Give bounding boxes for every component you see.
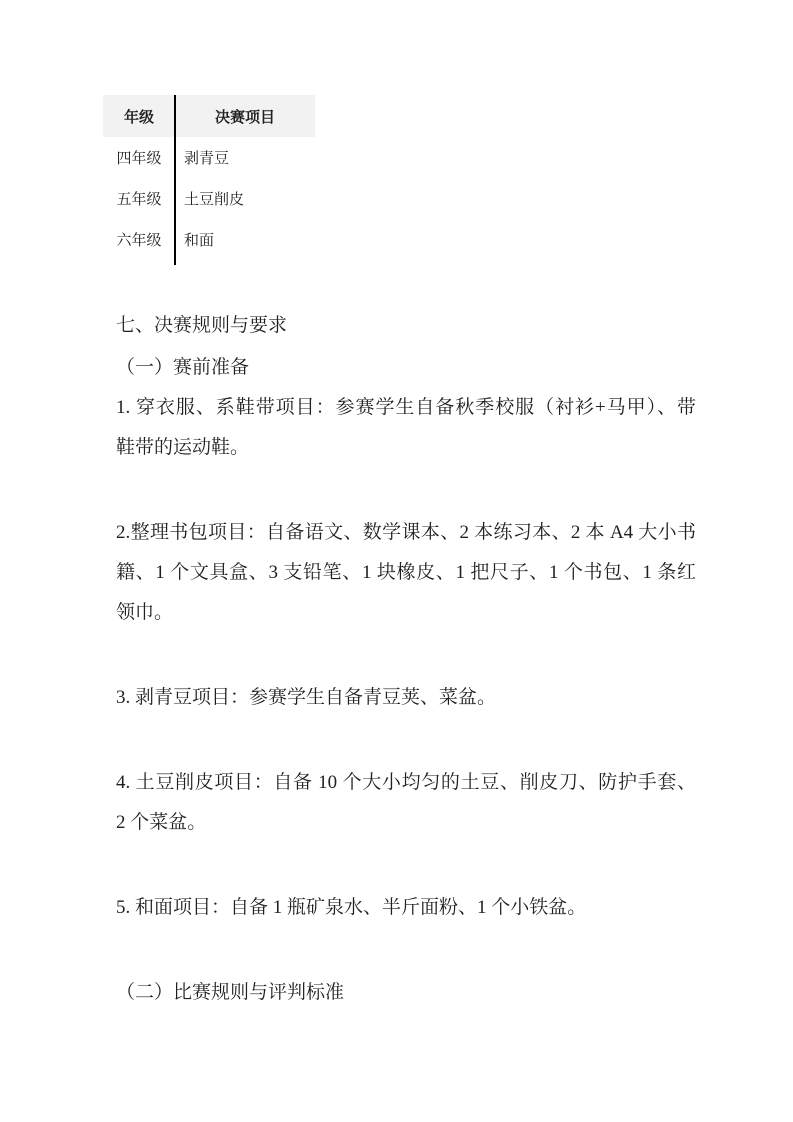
text-line: 5. 和面项目：自备 1 瓶矿泉水、半斤面粉、1 个小铁盆。 xyxy=(116,888,696,928)
table-row: 六年级和面 xyxy=(103,219,315,260)
text-line: 4. 土豆削皮项目：自备 10 个大小均匀的土豆、削皮刀、防护手套、 xyxy=(116,763,696,803)
section-heading: 七、决赛规则与要求 xyxy=(116,306,696,346)
numbered-paragraph: 1. 穿衣服、系鞋带项目：参赛学生自备秋季校服（衬衫+马甲）、带鞋带的运动鞋。 xyxy=(116,388,696,468)
document-page: 年级 决赛项目 四年级剥青豆五年级土豆削皮六年级和面 七、决赛规则与要求 （一）… xyxy=(0,0,793,1122)
text-line: 领巾。 xyxy=(116,593,696,633)
text-line: 3. 剥青豆项目：参赛学生自备青豆荚、菜盆。 xyxy=(116,678,696,718)
table-row: 四年级剥青豆 xyxy=(103,137,315,178)
grade-cell: 五年级 xyxy=(103,178,175,219)
numbered-paragraph: 4. 土豆削皮项目：自备 10 个大小均匀的土豆、削皮刀、防护手套、2 个菜盆。 xyxy=(116,763,696,843)
subsection-1-heading: （一）赛前准备 xyxy=(116,348,696,388)
text-line: 1. 穿衣服、系鞋带项目：参赛学生自备秋季校服（衬衫+马甲）、带 xyxy=(116,388,696,428)
text-line: 2.整理书包项目：自备语文、数学课本、2 本练习本、2 本 A4 大小书 xyxy=(116,513,696,553)
subsection-2-heading: （二）比赛规则与评判标准 xyxy=(116,973,696,1013)
text-line: 籍、1 个文具盒、3 支铅笔、1 块橡皮、1 把尺子、1 个书包、1 条红 xyxy=(116,553,696,593)
table-row: 五年级土豆削皮 xyxy=(103,178,315,219)
preparation-list: 1. 穿衣服、系鞋带项目：参赛学生自备秋季校服（衬衫+马甲）、带鞋带的运动鞋。2… xyxy=(116,388,696,928)
table-header-event: 决赛项目 xyxy=(175,95,315,137)
numbered-paragraph: 3. 剥青豆项目：参赛学生自备青豆荚、菜盆。 xyxy=(116,678,696,718)
event-cell: 土豆削皮 xyxy=(175,178,315,219)
grade-cell: 四年级 xyxy=(103,137,175,178)
numbered-paragraph: 2.整理书包项目：自备语文、数学课本、2 本练习本、2 本 A4 大小书籍、1 … xyxy=(116,513,696,633)
text-line: 鞋带的运动鞋。 xyxy=(116,428,696,468)
text-line: 2 个菜盆。 xyxy=(116,803,696,843)
event-cell: 和面 xyxy=(175,219,315,260)
table-header-row: 年级 决赛项目 xyxy=(103,95,315,137)
table-body: 四年级剥青豆五年级土豆削皮六年级和面 xyxy=(103,137,315,260)
numbered-paragraph: 5. 和面项目：自备 1 瓶矿泉水、半斤面粉、1 个小铁盆。 xyxy=(116,888,696,928)
document-body: 七、决赛规则与要求 （一）赛前准备 1. 穿衣服、系鞋带项目：参赛学生自备秋季校… xyxy=(116,306,696,1013)
event-cell: 剥青豆 xyxy=(175,137,315,178)
grade-table: 年级 决赛项目 四年级剥青豆五年级土豆削皮六年级和面 xyxy=(103,95,315,260)
table-header-grade: 年级 xyxy=(103,95,175,137)
grade-cell: 六年级 xyxy=(103,219,175,260)
table-column-divider xyxy=(174,95,176,265)
